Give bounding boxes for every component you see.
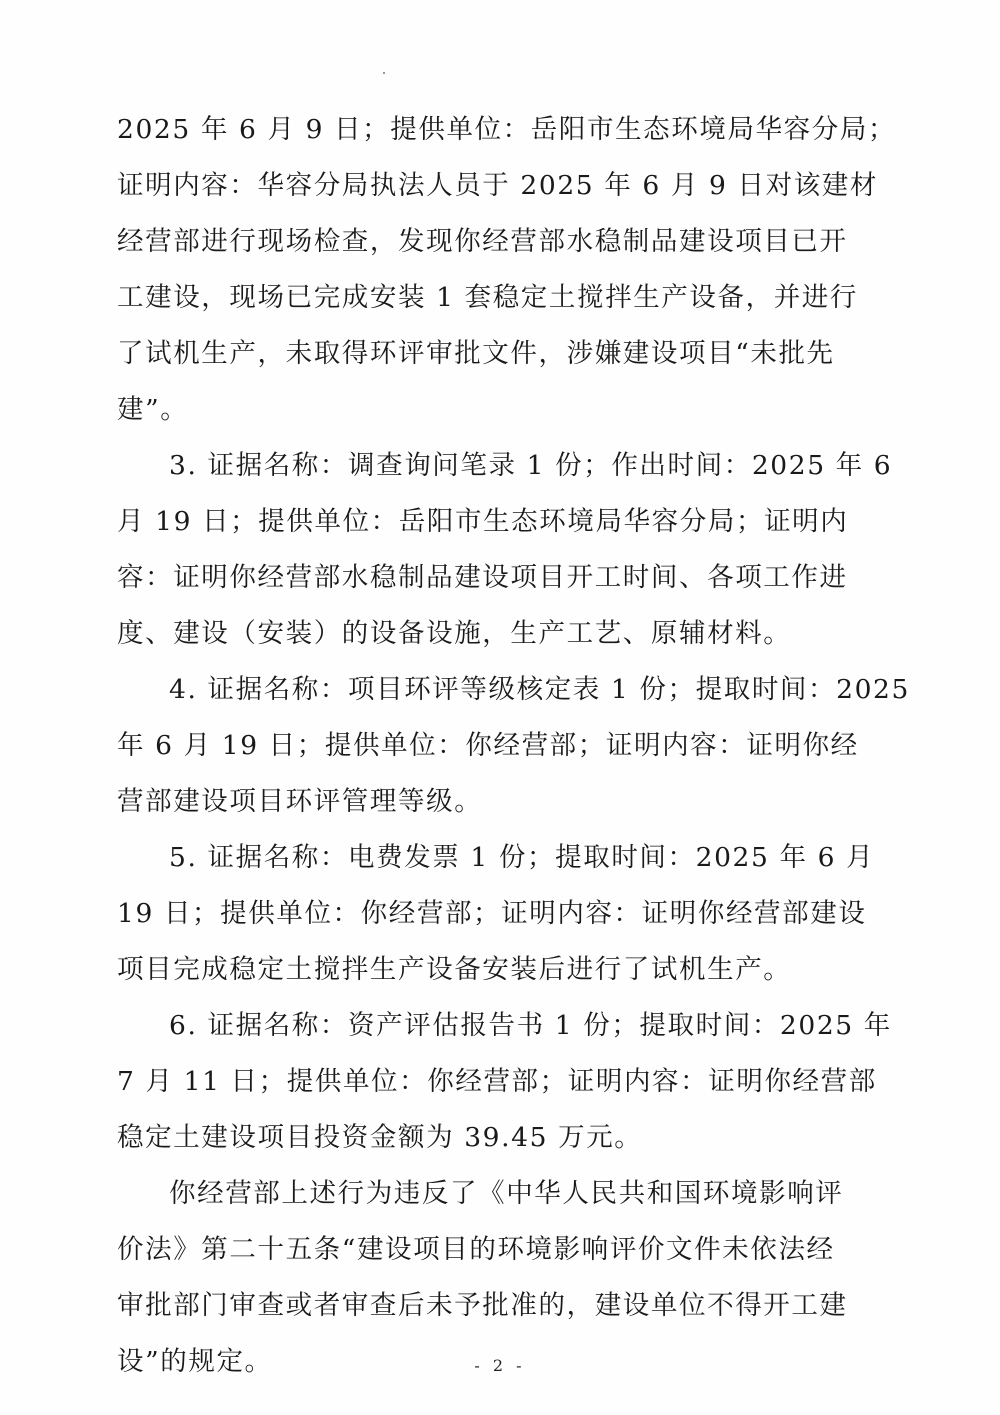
text-line: 审批部门审查或者审查后未予批准的，建设单位不得开工建 [117,1284,833,1340]
text-line: 建”。 [117,388,833,444]
text-line: 2025 年 6 月 9 日；提供单位：岳阳市生态环境局华容分局； [117,108,833,164]
evidence-3-heading: 3. 证据名称：调查询问笔录 1 份；作出时间：2025 年 6 [117,444,833,500]
text-line: 工建设，现场已完成安装 1 套稳定土搅拌生产设备，并进行 [117,276,833,332]
text-line: 度、建设（安装）的设备设施，生产工艺、原辅材料。 [117,612,833,668]
page-number: - 2 - [0,1356,1000,1375]
text-line: 证明内容：华容分局执法人员于 2025 年 6 月 9 日对该建材 [117,164,833,220]
text-line: 7 月 11 日；提供单位：你经营部；证明内容：证明你经营部 [117,1060,833,1116]
text-line: 稳定土建设项目投资金额为 39.45 万元。 [117,1116,833,1172]
text-line: 年 6 月 19 日；提供单位：你经营部；证明内容：证明你经 [117,724,833,780]
text-line: 项目完成稳定土搅拌生产设备安装后进行了试机生产。 [117,948,833,1004]
text-line: 营部建设项目环评管理等级。 [117,780,833,836]
text-line: 了试机生产，未取得环评审批文件，涉嫌建设项目“未批先 [117,332,833,388]
evidence-4-heading: 4. 证据名称：项目环评等级核定表 1 份；提取时间：2025 [117,668,833,724]
text-line: 价法》第二十五条“建设项目的环境影响评价文件未依法经 [117,1228,833,1284]
document-page: 2025 年 6 月 9 日；提供单位：岳阳市生态环境局华容分局； 证明内容：华… [0,0,1000,1415]
scan-speck [383,72,385,74]
text-line: 月 19 日；提供单位：岳阳市生态环境局华容分局；证明内 [117,500,833,556]
document-body: 2025 年 6 月 9 日；提供单位：岳阳市生态环境局华容分局； 证明内容：华… [117,108,833,1396]
violation-paragraph-start: 你经营部上述行为违反了《中华人民共和国环境影响评 [117,1172,833,1228]
evidence-6-heading: 6. 证据名称：资产评估报告书 1 份；提取时间：2025 年 [117,1004,833,1060]
text-line: 经营部进行现场检查，发现你经营部水稳制品建设项目已开 [117,220,833,276]
evidence-5-heading: 5. 证据名称：电费发票 1 份；提取时间：2025 年 6 月 [117,836,833,892]
text-line: 容：证明你经营部水稳制品建设项目开工时间、各项工作进 [117,556,833,612]
text-line: 19 日；提供单位：你经营部；证明内容：证明你经营部建设 [117,892,833,948]
